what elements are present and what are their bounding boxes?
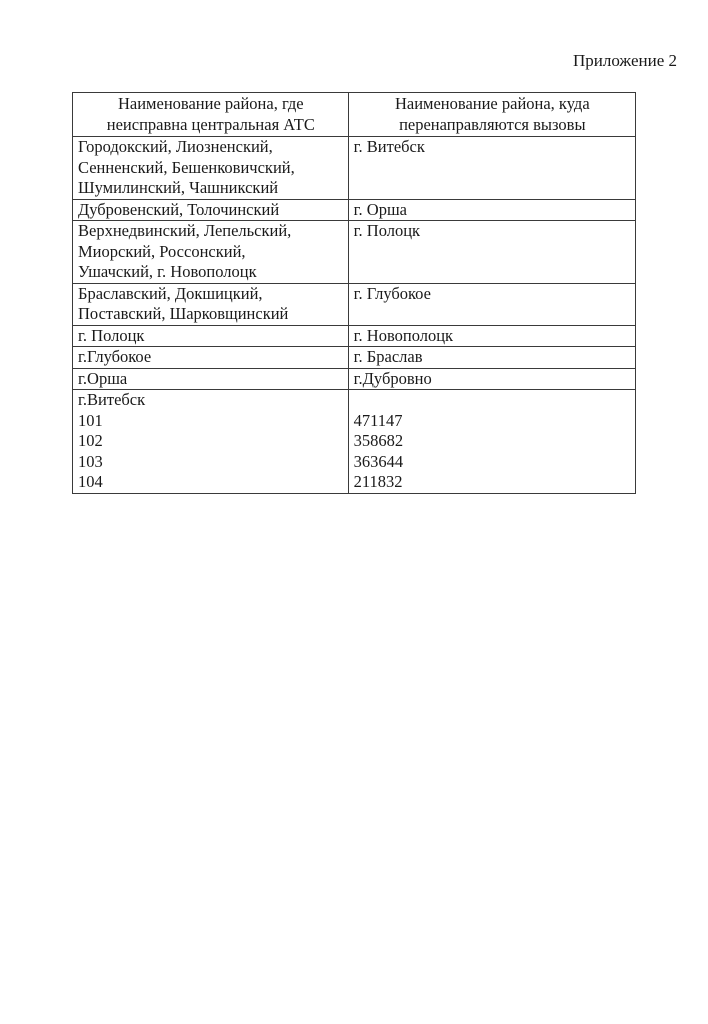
table-row: Городокский, Лиозненский,Сенненский, Беш…	[73, 137, 636, 200]
cell-line: г. Полоцк	[78, 326, 344, 347]
cell-line: Миорский, Россонский,	[78, 242, 344, 263]
table-row: г.Оршаг.Дубровно	[73, 368, 636, 390]
cell-line: г. Орша	[354, 200, 631, 221]
header-line: Наименование района, где	[78, 94, 344, 115]
cell-line: г.Дубровно	[354, 369, 631, 390]
header-line: Наименование района, куда	[354, 94, 631, 115]
cell-line: г. Браслав	[354, 347, 631, 368]
cell-line: г. Полоцк	[354, 221, 631, 242]
cell-line: г. Новополоцк	[354, 326, 631, 347]
call-redirect-table: Наименование района, где неисправна цент…	[72, 92, 636, 494]
cell-line: Городокский, Лиозненский,	[78, 137, 344, 158]
cell-line	[354, 390, 631, 411]
cell-redirect-target: 471147358682363644211832	[348, 390, 635, 494]
cell-faulty-district: г.Глубокое	[73, 347, 349, 369]
cell-line: 471147	[354, 411, 631, 432]
cell-line: 104	[78, 472, 344, 493]
cell-line: г. Глубокое	[354, 284, 631, 305]
cell-line: Дубровенский, Толочинский	[78, 200, 344, 221]
cell-redirect-target: г. Новополоцк	[348, 325, 635, 347]
cell-redirect-target: г. Глубокое	[348, 283, 635, 325]
cell-redirect-target: г. Витебск	[348, 137, 635, 200]
cell-faulty-district: Верхнедвинский, Лепельский,Миорский, Рос…	[73, 221, 349, 284]
cell-line: 102	[78, 431, 344, 452]
table-row: Верхнедвинский, Лепельский,Миорский, Рос…	[73, 221, 636, 284]
table-row: г. Полоцкг. Новополоцк	[73, 325, 636, 347]
cell-line: г.Витебск	[78, 390, 344, 411]
cell-line: 211832	[354, 472, 631, 493]
cell-line: Верхнедвинский, Лепельский,	[78, 221, 344, 242]
table-row: г.Витебск101102103104 471147358682363644…	[73, 390, 636, 494]
cell-faulty-district: Городокский, Лиозненский,Сенненский, Беш…	[73, 137, 349, 200]
cell-line: г.Глубокое	[78, 347, 344, 368]
cell-faulty-district: г. Полоцк	[73, 325, 349, 347]
header-line: перенаправляются вызовы	[354, 115, 631, 136]
table-row: Браславский, Докшицкий,Поставский, Шарко…	[73, 283, 636, 325]
cell-faulty-district: г.Витебск101102103104	[73, 390, 349, 494]
appendix-label: Приложение 2	[573, 51, 677, 71]
header-redirect-district: Наименование района, куда перенаправляют…	[348, 93, 635, 137]
cell-line: 103	[78, 452, 344, 473]
table-row: Дубровенский, Толочинскийг. Орша	[73, 199, 636, 221]
table-row: г.Глубокоег. Браслав	[73, 347, 636, 369]
cell-line: г. Витебск	[354, 137, 631, 158]
table-header-row: Наименование района, где неисправна цент…	[73, 93, 636, 137]
header-faulty-district: Наименование района, где неисправна цент…	[73, 93, 349, 137]
cell-line: 363644	[354, 452, 631, 473]
cell-line: г.Орша	[78, 369, 344, 390]
cell-line: Шумилинский, Чашникский	[78, 178, 344, 199]
cell-redirect-target: г. Браслав	[348, 347, 635, 369]
cell-line: 101	[78, 411, 344, 432]
cell-line: Поставский, Шарковщинский	[78, 304, 344, 325]
cell-faulty-district: Браславский, Докшицкий,Поставский, Шарко…	[73, 283, 349, 325]
cell-line: Сенненский, Бешенковичский,	[78, 158, 344, 179]
cell-redirect-target: г. Орша	[348, 199, 635, 221]
cell-redirect-target: г.Дубровно	[348, 368, 635, 390]
cell-line: 358682	[354, 431, 631, 452]
cell-line: Ушачский, г. Новополоцк	[78, 262, 344, 283]
header-line: неисправна центральная АТС	[78, 115, 344, 136]
cell-faulty-district: г.Орша	[73, 368, 349, 390]
cell-line: Браславский, Докшицкий,	[78, 284, 344, 305]
table-body: Городокский, Лиозненский,Сенненский, Беш…	[73, 137, 636, 494]
cell-faulty-district: Дубровенский, Толочинский	[73, 199, 349, 221]
cell-redirect-target: г. Полоцк	[348, 221, 635, 284]
